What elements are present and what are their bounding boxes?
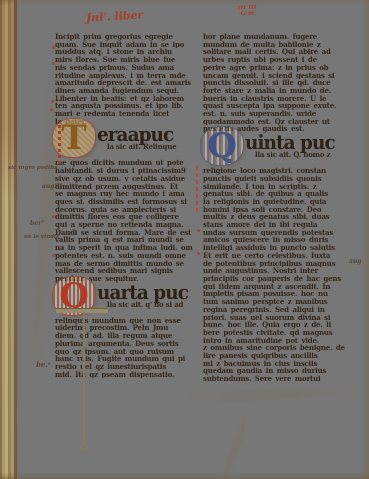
manuscript-text-line: diem. qd ad. illa regum atque: [55, 332, 200, 340]
manuscript-text-line: vallescend sedibus mari signis: [55, 267, 200, 275]
manuscript-text-line: uiderins precostim. Peln Jmu: [55, 324, 200, 332]
manuscript-text-line: habitandi. si durus i ptinacissim9: [55, 167, 200, 175]
manuscript-text-line: amaritudo deprescit de. est amaris: [55, 79, 200, 87]
text-column-right: hor plane mundanum. fugeremundum de mult…: [203, 33, 350, 383]
manuscript-text-line: unde augustinus. Nostri inter: [203, 267, 350, 275]
manuscript-text-line: principiis cor pauperis de hac gens: [203, 275, 350, 283]
text-block-left-2: me quos dicitis mundum ut potehabitandi.…: [55, 159, 200, 282]
manuscript-text-line: qui a sperne no retienda magna.: [55, 221, 200, 229]
manuscript-text-line: hor plane mundanum. fugere: [203, 33, 350, 41]
manuscript-text-line: solitare mali certis. Qui abire ad: [203, 48, 350, 56]
running-header-left: Jnl'. liber: [86, 9, 144, 25]
manuscript-text-line: dimittis flores eos que colligere: [55, 213, 200, 221]
margin-gloss-be: be.ᵃ: [36, 360, 51, 369]
manuscript-text-line: mundum de multa babilonie z: [203, 41, 350, 49]
manuscript-text-line: religione loco magistri. constan: [203, 167, 350, 175]
manuscript-page: Jnl'. liber ttt ttt ·G·m· Incipit prim g…: [0, 0, 369, 479]
manuscript-text-line: uncam genuit. i sciend gestans si: [203, 72, 350, 80]
manuscript-text-line: quodammodo est. Qz clauster ut: [203, 118, 350, 126]
manuscript-text-line: quasi suscepta ipa suppone exute.: [203, 102, 350, 110]
manuscript-text-line: bere potestis civitate. qd magnus: [203, 329, 350, 337]
manuscript-text-line: perire agre prima: z in prius ob: [203, 64, 350, 72]
running-header-right: ttt ttt ·G·m·: [238, 5, 257, 18]
manuscript-text-line: dines amanda fugiendum sequi.: [55, 87, 200, 95]
manuscript-text-line: relinquis mundum que non esse: [55, 317, 200, 325]
manuscript-text-line: Et erit ne certo celestibus. Iuxta: [203, 252, 350, 260]
book-binding-edge: [0, 0, 17, 479]
manuscript-text-line: intelligi assiduis in puncto salutis: [203, 244, 350, 252]
manuscript-text-line: de potentibus principibus magnus: [203, 260, 350, 268]
margin-gloss: ne le vindis: [24, 234, 59, 240]
manuscript-text-line: Dandi se sicud forma. Mare de est: [55, 229, 200, 237]
rubric-dot: [197, 229, 200, 232]
manuscript-text-line: ten angusta possimus. et ipo lib.: [55, 102, 200, 110]
chapter-heading-quarta: Q uarta puc lla sic ait. q' ho si ad: [55, 283, 200, 317]
manuscript-text-line: urbes ruptis ubi possent i de: [203, 56, 350, 64]
text-block-right-1: hor plane mundanum. fugeremundum de mult…: [203, 33, 350, 133]
illuminated-initial-Q-red: Q: [53, 277, 95, 315]
manuscript-text-line: similande. I ton in scriptis. z: [203, 183, 350, 191]
chapter-first-line: lla sic ait. q' ho si ad: [107, 300, 183, 309]
manuscript-text-line: ques si. dissimilis est formosus si: [55, 198, 200, 206]
manuscript-text-line: me quos dicitis mundum ut pote: [55, 159, 200, 167]
manuscript-text-line: mi z bacuimus in cius insciis: [203, 360, 350, 368]
text-block-right-2: religione loco magistri. constanpunctis …: [203, 167, 350, 383]
manuscript-text-line: potentes est. n. suis mundi omne: [55, 252, 200, 260]
manuscript-text-line: Incipit prim gregorius egregie: [55, 33, 200, 41]
rubric-dot: [52, 215, 55, 218]
manuscript-text-line: sive qz ob usum. v cetatis asidue: [55, 175, 200, 183]
page-edge-shadow-top: [0, 0, 369, 5]
manuscript-text-line: forte stare z malia in mundo de.: [203, 87, 350, 95]
manuscript-text-line: vallis prima q est mari mundi se: [55, 236, 200, 244]
chapter-first-line: la sic ait. Relinque: [107, 142, 176, 151]
manuscript-text-line: multis z deus genatus sibi. duas: [203, 213, 350, 221]
rubric-dot: [197, 252, 200, 255]
manuscript-text-line: plurima argumenta. Deus sortis: [55, 340, 200, 348]
illuminated-initial-Q-blue: Q: [201, 127, 243, 165]
rubric-dot: [52, 46, 55, 49]
manuscript-text-line: mas de sermo dimittis mundo se: [55, 260, 200, 268]
parchment-wrinkle: [180, 387, 360, 403]
manuscript-text-line: quedam gaudia in misso durius: [203, 367, 350, 375]
manuscript-text-line: subtendums. Sere vere mortui: [203, 375, 350, 383]
manuscript-text-line: punctis dissoluit. si ille qd. duce: [203, 79, 350, 87]
manuscript-text-line: undas sursum querendis potestas: [203, 229, 350, 237]
rubric-dot: [50, 108, 53, 111]
manuscript-text-line: bune. hoc ille. Quia ergo z de. li: [203, 321, 350, 329]
manuscript-text-line: est. n. suis superandis. uride: [203, 110, 350, 118]
manuscript-text-line: mari e redemta tenenda licet: [55, 110, 200, 118]
rubric-dot: [52, 254, 55, 257]
chapter-heading-tercia: T eraapuc la sic ait. Relinque: [55, 125, 200, 159]
manuscript-text-line: se magnus ruy hec mundo i ama: [55, 190, 200, 198]
manuscript-text-line: punctis quieti subsidiis quonis: [203, 175, 350, 183]
manuscript-text-line: ritudine amplexus. i m terra mde: [55, 72, 200, 80]
illuminated-initial-T: T: [53, 119, 95, 157]
manuscript-text-line: quam. Sue inquit adam in se ipo: [55, 41, 200, 49]
text-column-left: Incipit prim gregorius egregiequam. Sue …: [55, 33, 200, 378]
chapter-heading-quinta: Q uinta puc lla sic ait. Q. homo z: [203, 133, 350, 167]
manuscript-text-line: homini ipsa soli constare. Deo: [203, 206, 350, 214]
manuscript-text-line: dimittend przem augustinus. Et: [55, 183, 200, 191]
manuscript-text-line: lire panesis quiqribus ancillis: [203, 352, 350, 360]
manuscript-text-line: nis sendas primus. Sudus ama: [55, 64, 200, 72]
rubric-dot: [52, 62, 55, 65]
manuscript-text-line: Libenter in beatis: et qz laborem: [55, 95, 200, 103]
manuscript-text-line: hanc ruis. Fugite mundum qui pi: [55, 355, 200, 363]
page-edge-shadow-right: [361, 0, 369, 479]
manuscript-text-line: tum sanimo perspice z manibus: [203, 298, 350, 306]
page-edge-shadow-bottom: [0, 472, 369, 479]
chapter-first-line: lla sic ait. Q. homo z: [255, 150, 330, 159]
manuscript-text-line: decorus. quia se amplecteris si: [55, 206, 200, 214]
text-block-left-3: relinquis mundum que non esseuiderins pr…: [55, 317, 200, 379]
manuscript-text-line: qui fidem arguunt z ascendit. In: [203, 283, 350, 291]
manuscript-text-line: restio uel qz iunestiurispatis: [55, 363, 200, 371]
manuscript-text-line: quo qz ipsum. aut quo ruisum: [55, 348, 200, 356]
rubric-dot: [51, 100, 54, 103]
manuscript-text-line: amicos quiescere in misso duris: [203, 236, 350, 244]
manuscript-text-line: stans amore dei in ibi regula: [203, 221, 350, 229]
manuscript-text-line: intro in amaritudine pot vide.: [203, 337, 350, 345]
manuscript-text-line: priori. suas uel suorum divina si: [203, 314, 350, 322]
manuscript-text-line: la religionis in quietudine. quia: [203, 198, 350, 206]
penwork-terminal-dot: [80, 443, 87, 450]
margin-gloss-ber: ber°: [30, 220, 44, 227]
margin-gloss: sic ingro pedibz: [8, 165, 57, 171]
manuscript-text-line: impletis pisam posuisse. hoc nu: [203, 290, 350, 298]
manuscript-text-line: mirs flores. Sue miris blue fue: [55, 56, 200, 64]
manuscript-text-line: mid. Ita qz pseam dispensatio.: [55, 371, 200, 379]
parchment-wrinkle: [223, 420, 246, 479]
manuscript-text-line: z omnibus sine corporis benigne. de: [203, 344, 350, 352]
manuscript-text-line: genatus sibi. de quibus a qualis: [203, 190, 350, 198]
text-block-left-1: Incipit prim gregorius egregiequam. Sue …: [55, 33, 200, 125]
running-header-right-line2: ·G·m·: [238, 11, 257, 18]
margin-gloss-aug-right: aug: [349, 258, 361, 265]
manuscript-text-line: bueris in claustris morere. U le: [203, 95, 350, 103]
manuscript-text-line: regina peregrinis. Sed aliqui in: [203, 306, 350, 314]
margin-gloss-aug: aug°: [42, 183, 57, 190]
manuscript-text-line: muddus atq. i stone in archiu: [55, 48, 200, 56]
manuscript-text-line: na in sperit in qua infima ludi. om: [55, 244, 200, 252]
